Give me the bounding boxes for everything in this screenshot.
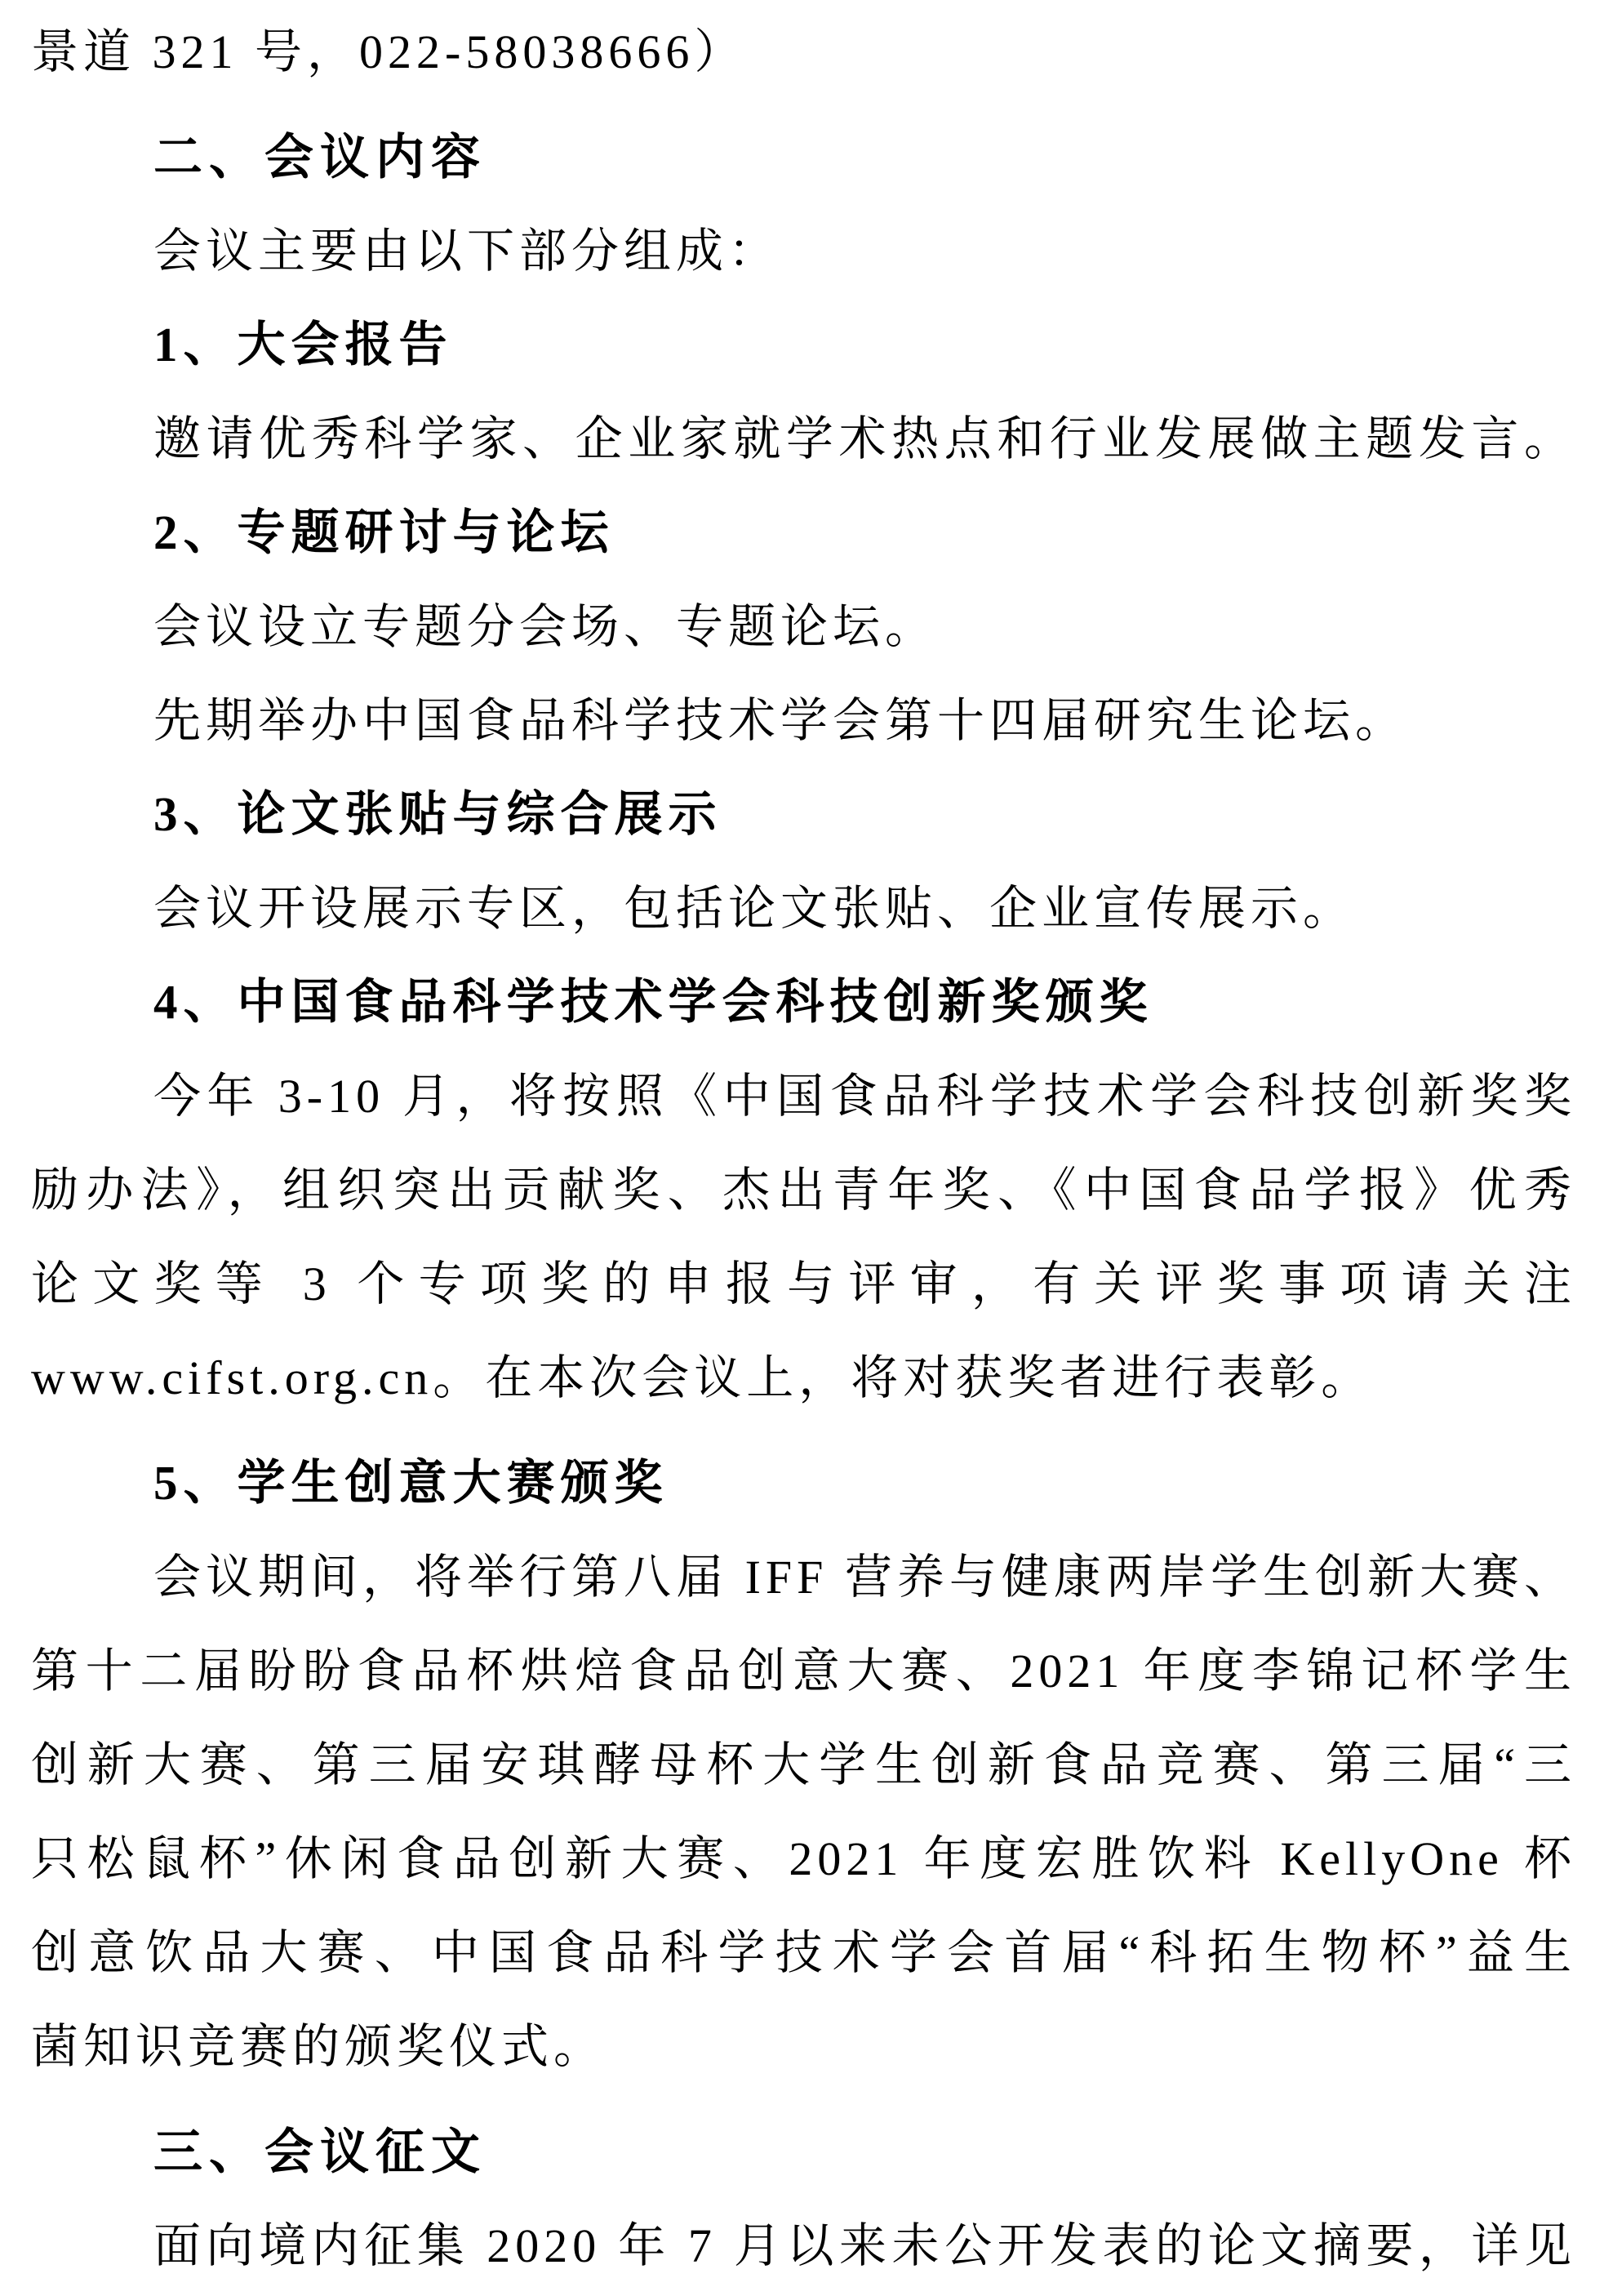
- doc-line-intro: 会议主要由以下部分组成：: [31, 204, 1576, 298]
- doc-line-contest-4: 只松鼠杯”休闲食品创新大赛、2021 年度宏胜饮料 KellyOne 杯: [31, 1812, 1576, 1906]
- doc-line-poster-exhibit: 会议开设展示专区，包括论文张贴、企业宣传展示。: [31, 861, 1576, 955]
- doc-line-graduate-forum: 先期举办中国食品科学技术学会第十四届研究生论坛。: [31, 674, 1576, 768]
- numbered-heading-5: 5、学生创意大赛颁奖: [31, 1436, 1576, 1530]
- document-page: 景道 321 号，022-58038666） 二、会议内容 会议主要由以下部分组…: [0, 0, 1613, 2296]
- doc-line-award-1: 今年 3-10 月，将按照《中国食品科学技术学会科技创新奖奖: [31, 1049, 1576, 1143]
- doc-line-award-url: www.cifst.org.cn。在本次会议上，将对获奖者进行表彰。: [31, 1331, 1576, 1425]
- numbered-heading-2: 2、专题研讨与论坛: [31, 486, 1576, 580]
- doc-line-award-3: 论文奖等 3 个专项奖的申报与评审，有关评奖事项请关注: [31, 1237, 1576, 1331]
- doc-line-contest-2: 第十二届盼盼食品杯烘焙食品创意大赛、2021 年度李锦记杯学生: [31, 1624, 1576, 1718]
- doc-line-sessions: 会议设立专题分会场、专题论坛。: [31, 580, 1576, 674]
- numbered-heading-3: 3、论文张贴与综合展示: [31, 768, 1576, 861]
- doc-line-award-2: 励办法》，组织突出贡献奖、杰出青年奖、《中国食品学报》优秀: [31, 1143, 1576, 1237]
- doc-line-address-phone: 景道 321 号，022-58038666）: [31, 5, 1576, 99]
- numbered-heading-4: 4、中国食品科学技术学会科技创新奖颁奖: [31, 955, 1576, 1049]
- doc-line-call-for-papers: 面向境内征集 2020 年 7 月以来未公开发表的论文摘要，详见: [31, 2199, 1576, 2293]
- doc-line-contest-5: 创意饮品大赛、中国食品科学技术学会首届“科拓生物杯”益生: [31, 1906, 1576, 2000]
- doc-line-contest-3: 创新大赛、第三届安琪酵母杯大学生创新食品竞赛、第三届“三: [31, 1718, 1576, 1812]
- doc-line-contest-1: 会议期间，将举行第八届 IFF 营养与健康两岸学生创新大赛、: [31, 1530, 1576, 1624]
- section-heading-3: 三、会议征文: [31, 2105, 1576, 2199]
- section-heading-2: 二、会议内容: [31, 110, 1576, 204]
- numbered-heading-1: 1、大会报告: [31, 298, 1576, 392]
- doc-line-reports: 邀请优秀科学家、企业家就学术热点和行业发展做主题发言。: [31, 392, 1576, 486]
- doc-line-contest-6: 菌知识竞赛的颁奖仪式。: [31, 2000, 1576, 2094]
